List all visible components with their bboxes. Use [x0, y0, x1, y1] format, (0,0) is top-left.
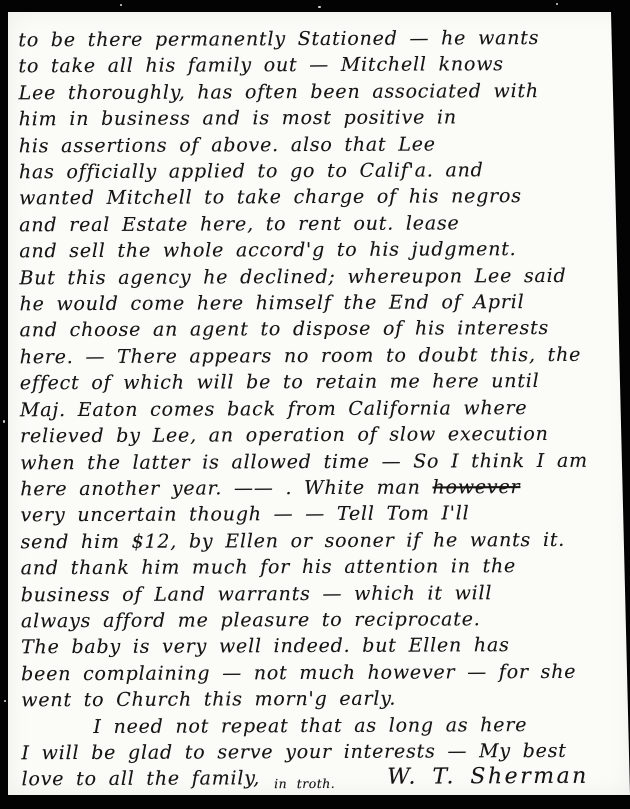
- letter-line: I need not repeat that as long as here: [21, 711, 605, 740]
- letter-line: love to all the family,in troth.W. T. Sh…: [22, 764, 606, 799]
- line-text: wanted Mitchell to take charge of his ne…: [19, 186, 522, 210]
- letter-line: his assertions of above. also that Lee: [19, 130, 603, 159]
- line-text: send him $12, by Ellen or sooner if he w…: [21, 529, 566, 553]
- letter-line: him in business and is most positive in: [19, 104, 603, 133]
- letter-line: when the latter is allowed time — So I t…: [20, 447, 604, 476]
- scan-speck: [318, 6, 321, 8]
- scan-speck: [4, 700, 6, 702]
- line-text: here another year. —— . White man: [20, 476, 432, 500]
- scan-border: to be there permanently Stationed — he w…: [0, 0, 630, 809]
- letter-line: business of Land warrants — which it wil…: [21, 579, 605, 608]
- letter-line: and sell the whole accord'g to his judgm…: [19, 236, 603, 265]
- scan-speck: [120, 4, 122, 6]
- line-text: has officially applied to go to Calif'a.…: [19, 159, 484, 183]
- letter-line: wanted Mitchell to take charge of his ne…: [19, 183, 603, 212]
- letter-line: always afford me pleasure to reciprocate…: [21, 606, 605, 635]
- line-text: business of Land warrants — which it wil…: [21, 582, 493, 606]
- line-text: Maj. Eaton comes back from California wh…: [20, 397, 528, 421]
- letter-body: to be there permanently Stationed — he w…: [18, 25, 605, 791]
- signature: W. T. Sherman: [387, 764, 589, 790]
- letter-line: I will be glad to serve your interests —…: [21, 738, 605, 767]
- letter-line: The baby is very well indeed. but Ellen …: [21, 632, 605, 661]
- letter-line: to take all his family out — Mitchell kn…: [18, 51, 602, 80]
- letter-line: very uncertain though — — Tell Tom I'll: [20, 500, 604, 529]
- line-text: his assertions of above. also that Lee: [19, 133, 436, 157]
- letter-line: effect of which will be to retain me her…: [20, 368, 604, 397]
- line-text: always afford me pleasure to reciprocate…: [21, 608, 481, 632]
- line-text: he would come here himself the End of Ap…: [19, 291, 524, 315]
- letter-line: has officially applied to go to Calif'a.…: [19, 157, 603, 186]
- line-text: him in business and is most positive in: [19, 107, 457, 131]
- scan-speck: [3, 420, 5, 423]
- letter-line: here. — There appears no room to doubt t…: [20, 342, 604, 371]
- letter-line: here another year. —— . White man howeve…: [20, 474, 604, 503]
- line-text: love to all the family,: [22, 768, 261, 791]
- line-text: But this agency he declined; whereupon L…: [19, 265, 566, 289]
- line-text: The baby is very well indeed. but Ellen …: [21, 634, 510, 658]
- closing-phrase: in troth.: [274, 776, 335, 791]
- letter-line: send him $12, by Ellen or sooner if he w…: [21, 526, 605, 555]
- letter-line: Maj. Eaton comes back from California wh…: [20, 394, 604, 423]
- line-text: and sell the whole accord'g to his judgm…: [19, 238, 516, 262]
- line-text: and thank him much for his attention in …: [21, 555, 516, 579]
- line-text: I need not repeat that as long as here: [93, 714, 527, 738]
- line-text: effect of which will be to retain me her…: [20, 370, 540, 394]
- letter-line: been complaining — not much however — fo…: [21, 658, 605, 687]
- line-text: when the latter is allowed time — So I t…: [20, 449, 588, 473]
- letter-line: went to Church this morn'g early.: [21, 685, 605, 714]
- line-text: I will be glad to serve your interests —…: [21, 740, 566, 764]
- line-text: and real Estate here, to rent out. lease: [19, 212, 459, 236]
- struck-word: however: [432, 476, 520, 498]
- scan-speck: [556, 3, 558, 5]
- line-text: Lee thoroughly, has often been associate…: [19, 80, 539, 104]
- line-text: to be there permanently Stationed — he w…: [18, 27, 539, 51]
- letter-page: to be there permanently Stationed — he w…: [8, 12, 630, 795]
- letter-line: relieved by Lee, an operation of slow ex…: [20, 421, 604, 450]
- line-text: here. — There appears no room to doubt t…: [20, 344, 581, 368]
- letter-line: and thank him much for his attention in …: [21, 553, 605, 582]
- letter-line: Lee thoroughly, has often been associate…: [19, 78, 603, 107]
- letter-line: But this agency he declined; whereupon L…: [19, 262, 603, 291]
- letter-line: to be there permanently Stationed — he w…: [18, 25, 602, 54]
- line-text: went to Church this morn'g early.: [21, 688, 396, 712]
- letter-line: and real Estate here, to rent out. lease: [19, 210, 603, 239]
- letter-line: and choose an agent to dispose of his in…: [20, 315, 604, 344]
- line-text: very uncertain though — — Tell Tom I'll: [20, 503, 469, 527]
- line-text: relieved by Lee, an operation of slow ex…: [20, 423, 549, 447]
- line-text: and choose an agent to dispose of his in…: [20, 317, 550, 341]
- line-text: been complaining — not much however — fo…: [21, 661, 576, 685]
- line-text: to take all his family out — Mitchell kn…: [18, 54, 503, 78]
- letter-line: he would come here himself the End of Ap…: [19, 289, 603, 318]
